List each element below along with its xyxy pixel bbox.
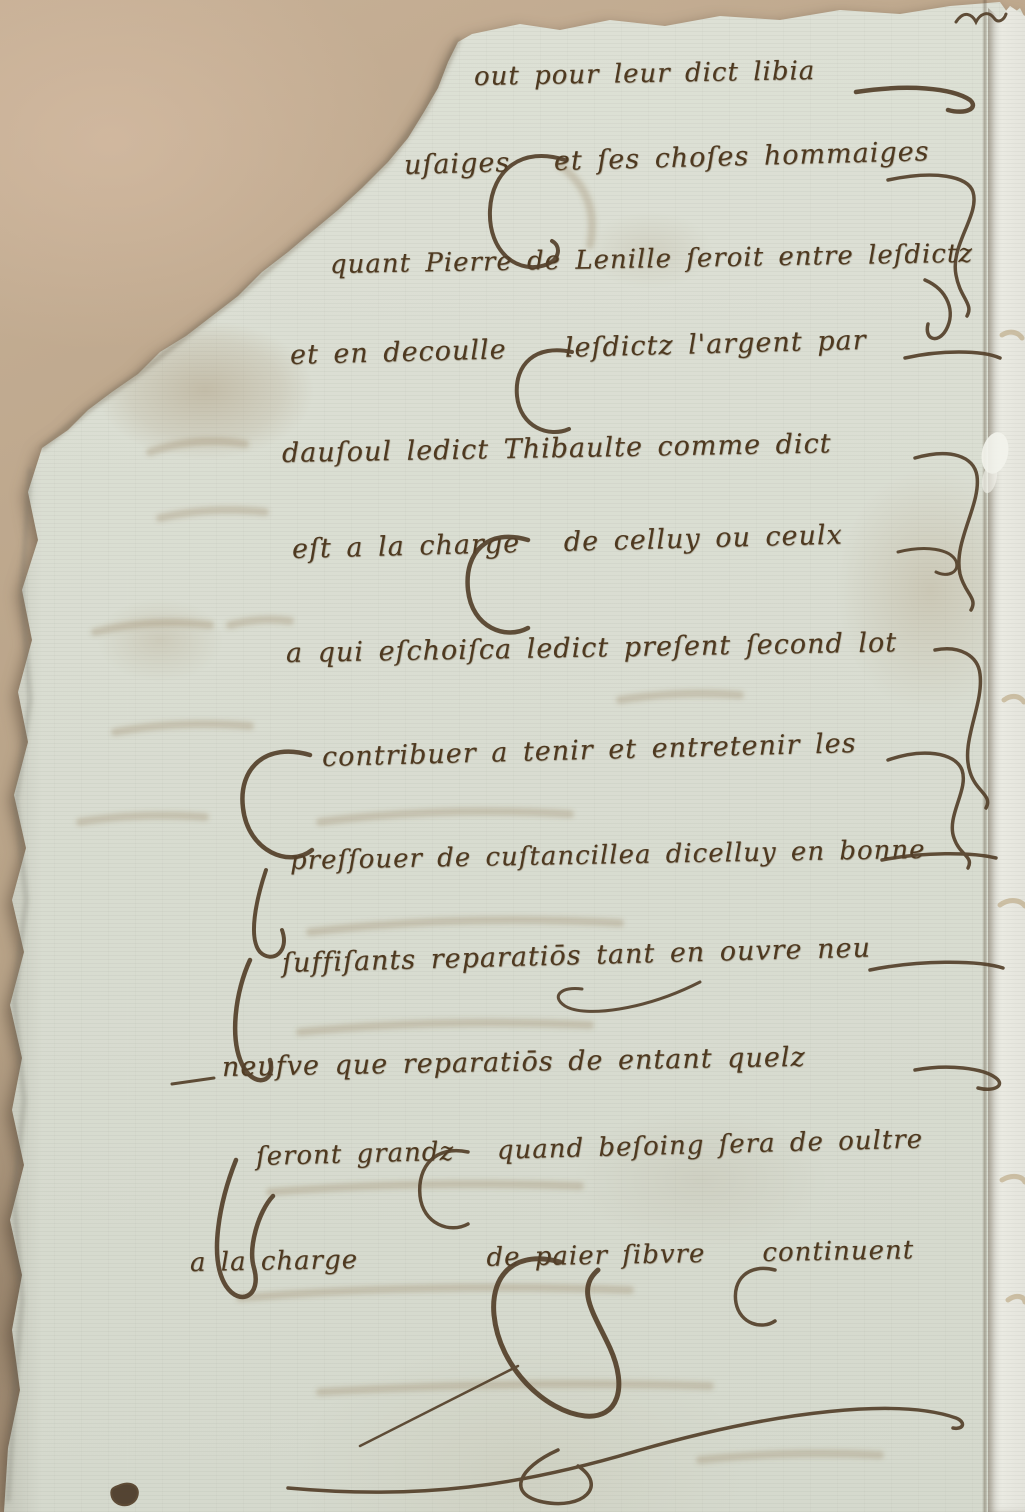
fold-crease (982, 0, 987, 1512)
adjacent-page-edge (988, 0, 1025, 1512)
photo-background: out pour leur dict libia uſaiges et ſes … (0, 0, 1025, 1512)
manuscript-page: out pour leur dict libia uſaiges et ſes … (0, 0, 1025, 1512)
manuscript-line-1: out pour leur dict libia (474, 58, 816, 90)
